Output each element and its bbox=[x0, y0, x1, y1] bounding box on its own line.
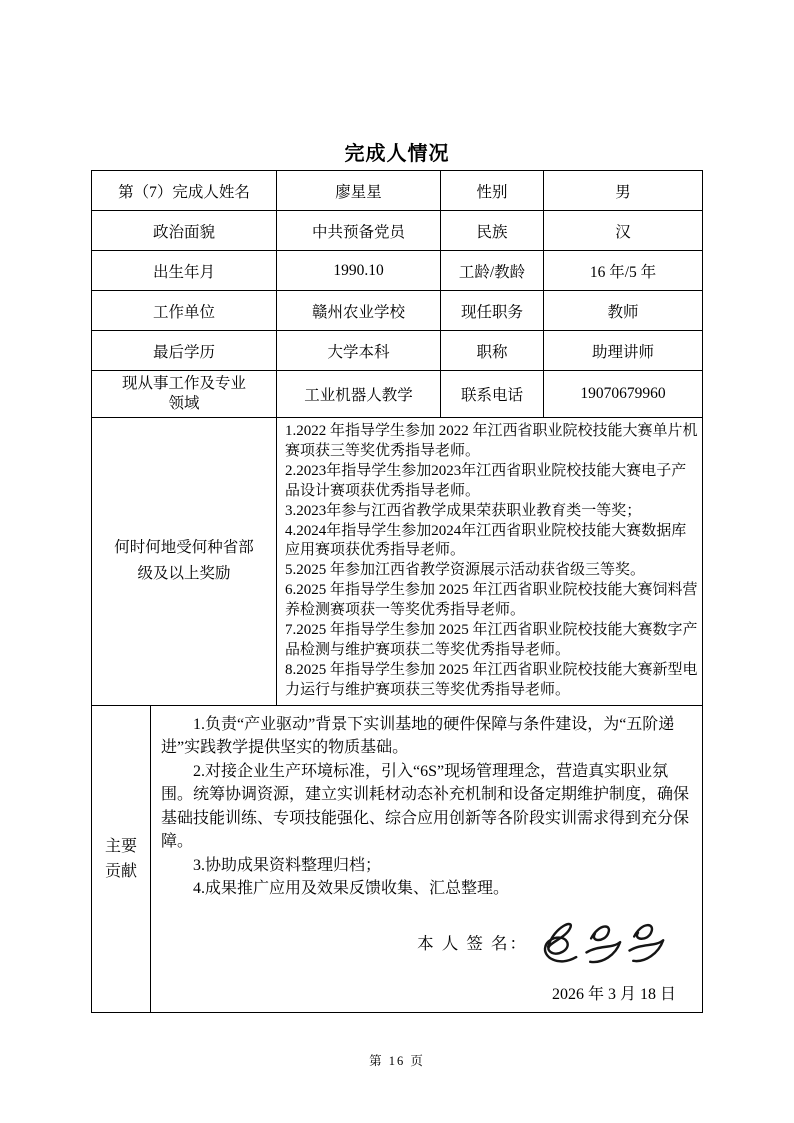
award-item: 7.2025 年指导学生参加 2025 年江西省职业院校技能大赛数字产品检测与维… bbox=[285, 621, 698, 661]
label-cell: 工龄/教龄 bbox=[441, 251, 544, 290]
contribution-paragraph: 1.负责“产业驱动”背景下实训基地的硬件保障与条件建设，为“五阶递进”实践教学提… bbox=[161, 713, 690, 760]
label-cell: 性别 bbox=[441, 171, 544, 210]
contribution-paragraph: 3.协助成果资料整理归档； bbox=[161, 854, 690, 878]
awards-content-cell: 1.2022 年指导学生参加 2022 年江西省职业院校技能大赛单片机赛项获三等… bbox=[277, 418, 702, 705]
contribution-label-text: 主要 贡献 bbox=[105, 834, 137, 884]
label-cell: 联系电话 bbox=[441, 371, 544, 417]
signature-handwriting bbox=[532, 915, 684, 973]
table-row: 现从事工作及专业领域 工业机器人教学 联系电话 19070679960 bbox=[92, 371, 702, 418]
signature-date: 2026 年 3 月 18 日 bbox=[161, 983, 676, 1007]
value-cell-name: 廖星星 bbox=[277, 171, 441, 210]
label-cell: 现任职务 bbox=[441, 291, 544, 330]
value-cell-education: 大学本科 bbox=[277, 331, 441, 370]
signature-line: 本 人 签 名： bbox=[161, 915, 684, 973]
table-row: 第（7）完成人姓名 廖星星 性别 男 bbox=[92, 171, 702, 211]
label-cell: 民族 bbox=[441, 211, 544, 250]
label-cell: 职称 bbox=[441, 331, 544, 370]
signature-label: 本 人 签 名： bbox=[417, 932, 528, 956]
contribution-row: 主要 贡献 1.负责“产业驱动”背景下实训基地的硬件保障与条件建设，为“五阶递进… bbox=[92, 706, 702, 1013]
label-cell: 现从事工作及专业领域 bbox=[92, 371, 277, 417]
page-number: 第 16 页 bbox=[0, 1051, 794, 1069]
award-item: 2.2023年指导学生参加2023年江西省职业院校技能大赛电子产品设计赛项获优秀… bbox=[285, 462, 698, 502]
label-cell: 最后学历 bbox=[92, 331, 277, 370]
contribution-paragraph: 2.对接企业生产环境标准，引入“6S”现场管理理念，营造真实职业氛围。统筹协调资… bbox=[161, 760, 690, 854]
awards-label-text: 何时何地受何种省部级及以上奖励 bbox=[114, 535, 254, 587]
value-cell-seniority: 16 年/5 年 bbox=[544, 251, 702, 290]
label-cell: 工作单位 bbox=[92, 291, 277, 330]
awards-row: 何时何地受何种省部级及以上奖励 1.2022 年指导学生参加 2022 年江西省… bbox=[92, 418, 702, 706]
value-cell-ethnicity: 汉 bbox=[544, 211, 702, 250]
awards-label-cell: 何时何地受何种省部级及以上奖励 bbox=[92, 418, 277, 705]
label-cell: 出生年月 bbox=[92, 251, 277, 290]
contribution-label-line2: 贡献 bbox=[105, 863, 137, 880]
contribution-label-cell: 主要 贡献 bbox=[92, 706, 151, 1013]
award-item: 8.2025 年指导学生参加 2025 年江西省职业院校技能大赛新型电力运行与维… bbox=[285, 661, 698, 701]
contribution-content-cell: 1.负责“产业驱动”背景下实训基地的硬件保障与条件建设，为“五阶递进”实践教学提… bbox=[151, 706, 702, 1013]
contribution-paragraph: 4.成果推广应用及效果反馈收集、汇总整理。 bbox=[161, 877, 690, 901]
award-item: 4.2024年指导学生参加2024年江西省职业院校技能大赛数据库应用赛项获优秀指… bbox=[285, 522, 698, 562]
label-cell: 政治面貌 bbox=[92, 211, 277, 250]
value-cell-current-position: 教师 bbox=[544, 291, 702, 330]
award-item: 3.2023年参与江西省教学成果荣获职业教育类一等奖； bbox=[285, 502, 698, 522]
label-text: 现从事工作及专业领域 bbox=[118, 374, 250, 414]
value-cell-employer: 赣州农业学校 bbox=[277, 291, 441, 330]
label-cell: 第（7）完成人姓名 bbox=[92, 171, 277, 210]
table-row: 最后学历 大学本科 职称 助理讲师 bbox=[92, 331, 702, 371]
value-cell-birth-date: 1990.10 bbox=[277, 251, 441, 290]
page-title: 完成人情况 bbox=[0, 0, 794, 167]
completer-info-table: 第（7）完成人姓名 廖星星 性别 男 政治面貌 中共预备党员 民族 汉 出生年月… bbox=[91, 170, 703, 1013]
award-item: 1.2022 年指导学生参加 2022 年江西省职业院校技能大赛单片机赛项获三等… bbox=[285, 422, 698, 462]
table-row: 工作单位 赣州农业学校 现任职务 教师 bbox=[92, 291, 702, 331]
award-item: 6.2025 年指导学生参加 2025 年江西省职业院校技能大赛饲料营养检测赛项… bbox=[285, 581, 698, 621]
table-row: 政治面貌 中共预备党员 民族 汉 bbox=[92, 211, 702, 251]
value-cell-title: 助理讲师 bbox=[544, 331, 702, 370]
value-cell-work-field: 工业机器人教学 bbox=[277, 371, 441, 417]
table-row: 出生年月 1990.10 工龄/教龄 16 年/5 年 bbox=[92, 251, 702, 291]
value-cell-phone: 19070679960 bbox=[544, 371, 702, 417]
award-item: 5.2025 年参加江西省教学资源展示活动获省级三等奖。 bbox=[285, 561, 698, 581]
document-page: 完成人情况 第（7）完成人姓名 廖星星 性别 男 政治面貌 中共预备党员 民族 … bbox=[0, 0, 794, 1123]
contribution-label-line1: 主要 bbox=[105, 838, 137, 855]
value-cell-gender: 男 bbox=[544, 171, 702, 210]
value-cell-political-status: 中共预备党员 bbox=[277, 211, 441, 250]
